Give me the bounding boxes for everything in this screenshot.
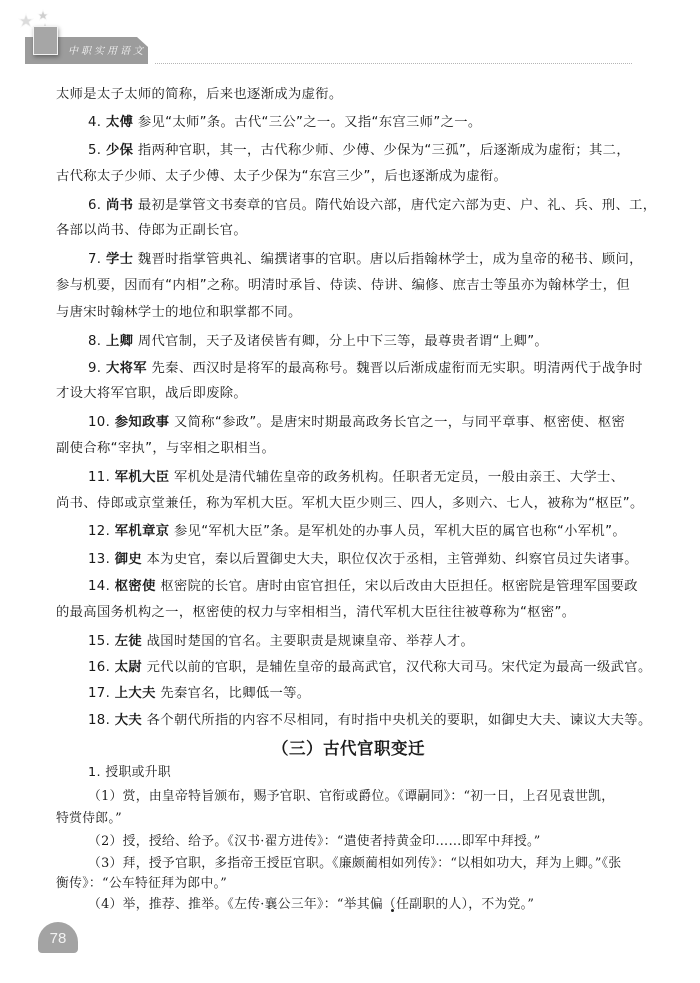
- entry-term: 参知政事: [115, 415, 170, 430]
- entry-7-cont-2: 与唐宋时翰林学士的地位和职掌都不同。: [56, 304, 302, 322]
- entry-11: 11. 军机大臣 军机处是清代辅佐皇帝的政务机构。任职者无定员，一般由亲王、大学…: [88, 469, 624, 487]
- entry-term: 军机大臣: [115, 470, 170, 485]
- entry-16: 16. 太尉 元代以前的官职，是辅佐皇帝的最高武官，汉代称大司马。宋代定为最高一…: [88, 659, 652, 677]
- entry-10-cont: 副使合称“宰执”，与宰相之职相当。: [56, 440, 275, 458]
- entry-term: 左徒: [115, 634, 142, 649]
- subsection-title: 1. 授职或升职: [88, 764, 171, 782]
- entry-12: 12. 军机章京 参见“军机大臣”条。是军机处的办事人员，军机大臣的属官也称“小…: [88, 523, 626, 541]
- entry-term: 大夫: [115, 713, 142, 728]
- entry-term: 上卿: [106, 334, 133, 349]
- entry-term: 上大夫: [115, 686, 156, 701]
- entry-14: 14. 枢密使 枢密院的长官。唐时由宦官担任，宋以后改由大臣担任。枢密院是管理军…: [88, 578, 638, 596]
- entry-4: 4. 太傅 参见“太师”条。古代“三公”之一。又指“东宫三师”之一。: [88, 114, 482, 132]
- entry-6-cont: 各部以尚书、侍郎为正副长官。: [56, 222, 247, 240]
- entry-5: 5. 少保 指两种官职，其一，古代称少师、少傅、少保为“三孤”，后逐渐成为虚衔；…: [88, 142, 630, 160]
- entry-term: 枢密使: [115, 579, 156, 594]
- section-heading: （三）古代官职变迁: [272, 735, 425, 759]
- entry-term: 学士: [106, 252, 133, 267]
- entry-13: 13. 御史 本为史官，秦以后置御史大夫，职位仅次于丞相，主管弹劾、纠察官员过失…: [88, 551, 638, 569]
- entry-term: 少保: [106, 143, 133, 158]
- entry-9: 9. 大将军 先秦、西汉时是将军的最高称号。魏晋以后渐成虚衔而无实职。明清两代于…: [88, 360, 643, 378]
- entry-9-cont: 才设大将军官职，战后即废除。: [56, 385, 247, 403]
- entry-term: 大将军: [106, 361, 147, 376]
- sub-item-3: （3）拜，授予官职，多指帝王授臣官职。《廉颇蔺相如列传》：“以相如功大，拜为上卿…: [88, 855, 622, 873]
- sub-item-1-cont: 特赏侍郎。”: [56, 810, 122, 828]
- entry-term: 军机章京: [115, 524, 170, 539]
- entry-15: 15. 左徒 战国时楚国的官名。主要职责是规谏皇帝、举荐人才。: [88, 633, 474, 651]
- entry-8: 8. 上卿 周代官制，天子及诸侯皆有卿，分上中下三等，最尊贵者谓“上卿”。: [88, 333, 548, 351]
- header-square-decoration: [33, 26, 58, 55]
- intro-line: 太师是太子太师的简称，后来也逐渐成为虚衔。: [56, 86, 343, 104]
- entry-term: 尚书: [106, 198, 133, 213]
- sub-item-1: （1）赏，由皇帝特旨颁布，赐予官职、官衔或爵位。《谭嗣同》：“初一日，上召见袁世…: [88, 788, 614, 806]
- stray-mark: [391, 909, 394, 912]
- entry-term: 太傅: [106, 115, 133, 130]
- entry-10: 10. 参知政事 又简称“参政”。是唐宋时期最高政务长官之一，与同平章事、枢密使…: [88, 414, 625, 432]
- sub-item-2: （2）授，授给、给予。《汉书·翟方进传》：“遣使者持黄金印……即军中拜授。”: [88, 833, 541, 851]
- entry-18: 18. 大夫 各个朝代所指的内容不尽相同，有时指中央机关的要职，如御史大夫、谏议…: [88, 712, 652, 730]
- entry-7-cont-1: 参与机要，因而有“内相”之称。明清时承旨、侍读、侍讲、编修、庶吉士等虽亦为翰林学…: [56, 277, 630, 295]
- entry-7: 7. 学士 魏晋时指掌管典礼、编撰诸事的官职。唐以后指翰林学士，成为皇帝的秘书、…: [88, 251, 643, 269]
- entry-6: 6. 尚书 最初是掌管文书奏章的官员。隋代始设六部，唐代定六部为吏、户、礼、兵、…: [88, 197, 656, 215]
- sub-item-4: （4）举，推荐、推举。《左传·襄公三年》：“举其偏（任副职的人），不为党。”: [88, 896, 534, 914]
- entry-17: 17. 上大夫 先秦官名，比卿低一等。: [88, 685, 310, 703]
- entry-term: 御史: [115, 552, 142, 567]
- sub-item-3-cont: 衡传》：“公车特征拜为郎中。”: [56, 875, 227, 893]
- page-number-badge: 78: [38, 922, 78, 953]
- entry-14-cont: 的最高国务机构之一，枢密使的权力与宰相相当，清代军机大臣往往被尊称为“枢密”。: [56, 604, 575, 622]
- entry-5-cont: 古代称太子少师、太子少傅、太子少保为“东宫三少”，后也逐渐成为虚衔。: [56, 168, 507, 186]
- book-title: 中职实用语文: [68, 42, 146, 57]
- entry-term: 太尉: [115, 660, 142, 675]
- entry-11-cont: 尚书、侍郎或京堂兼任，称为军机大臣。军机大臣少则三、四人，多则六、七人，被称为“…: [56, 495, 644, 513]
- header-dotted-rule: [155, 63, 632, 64]
